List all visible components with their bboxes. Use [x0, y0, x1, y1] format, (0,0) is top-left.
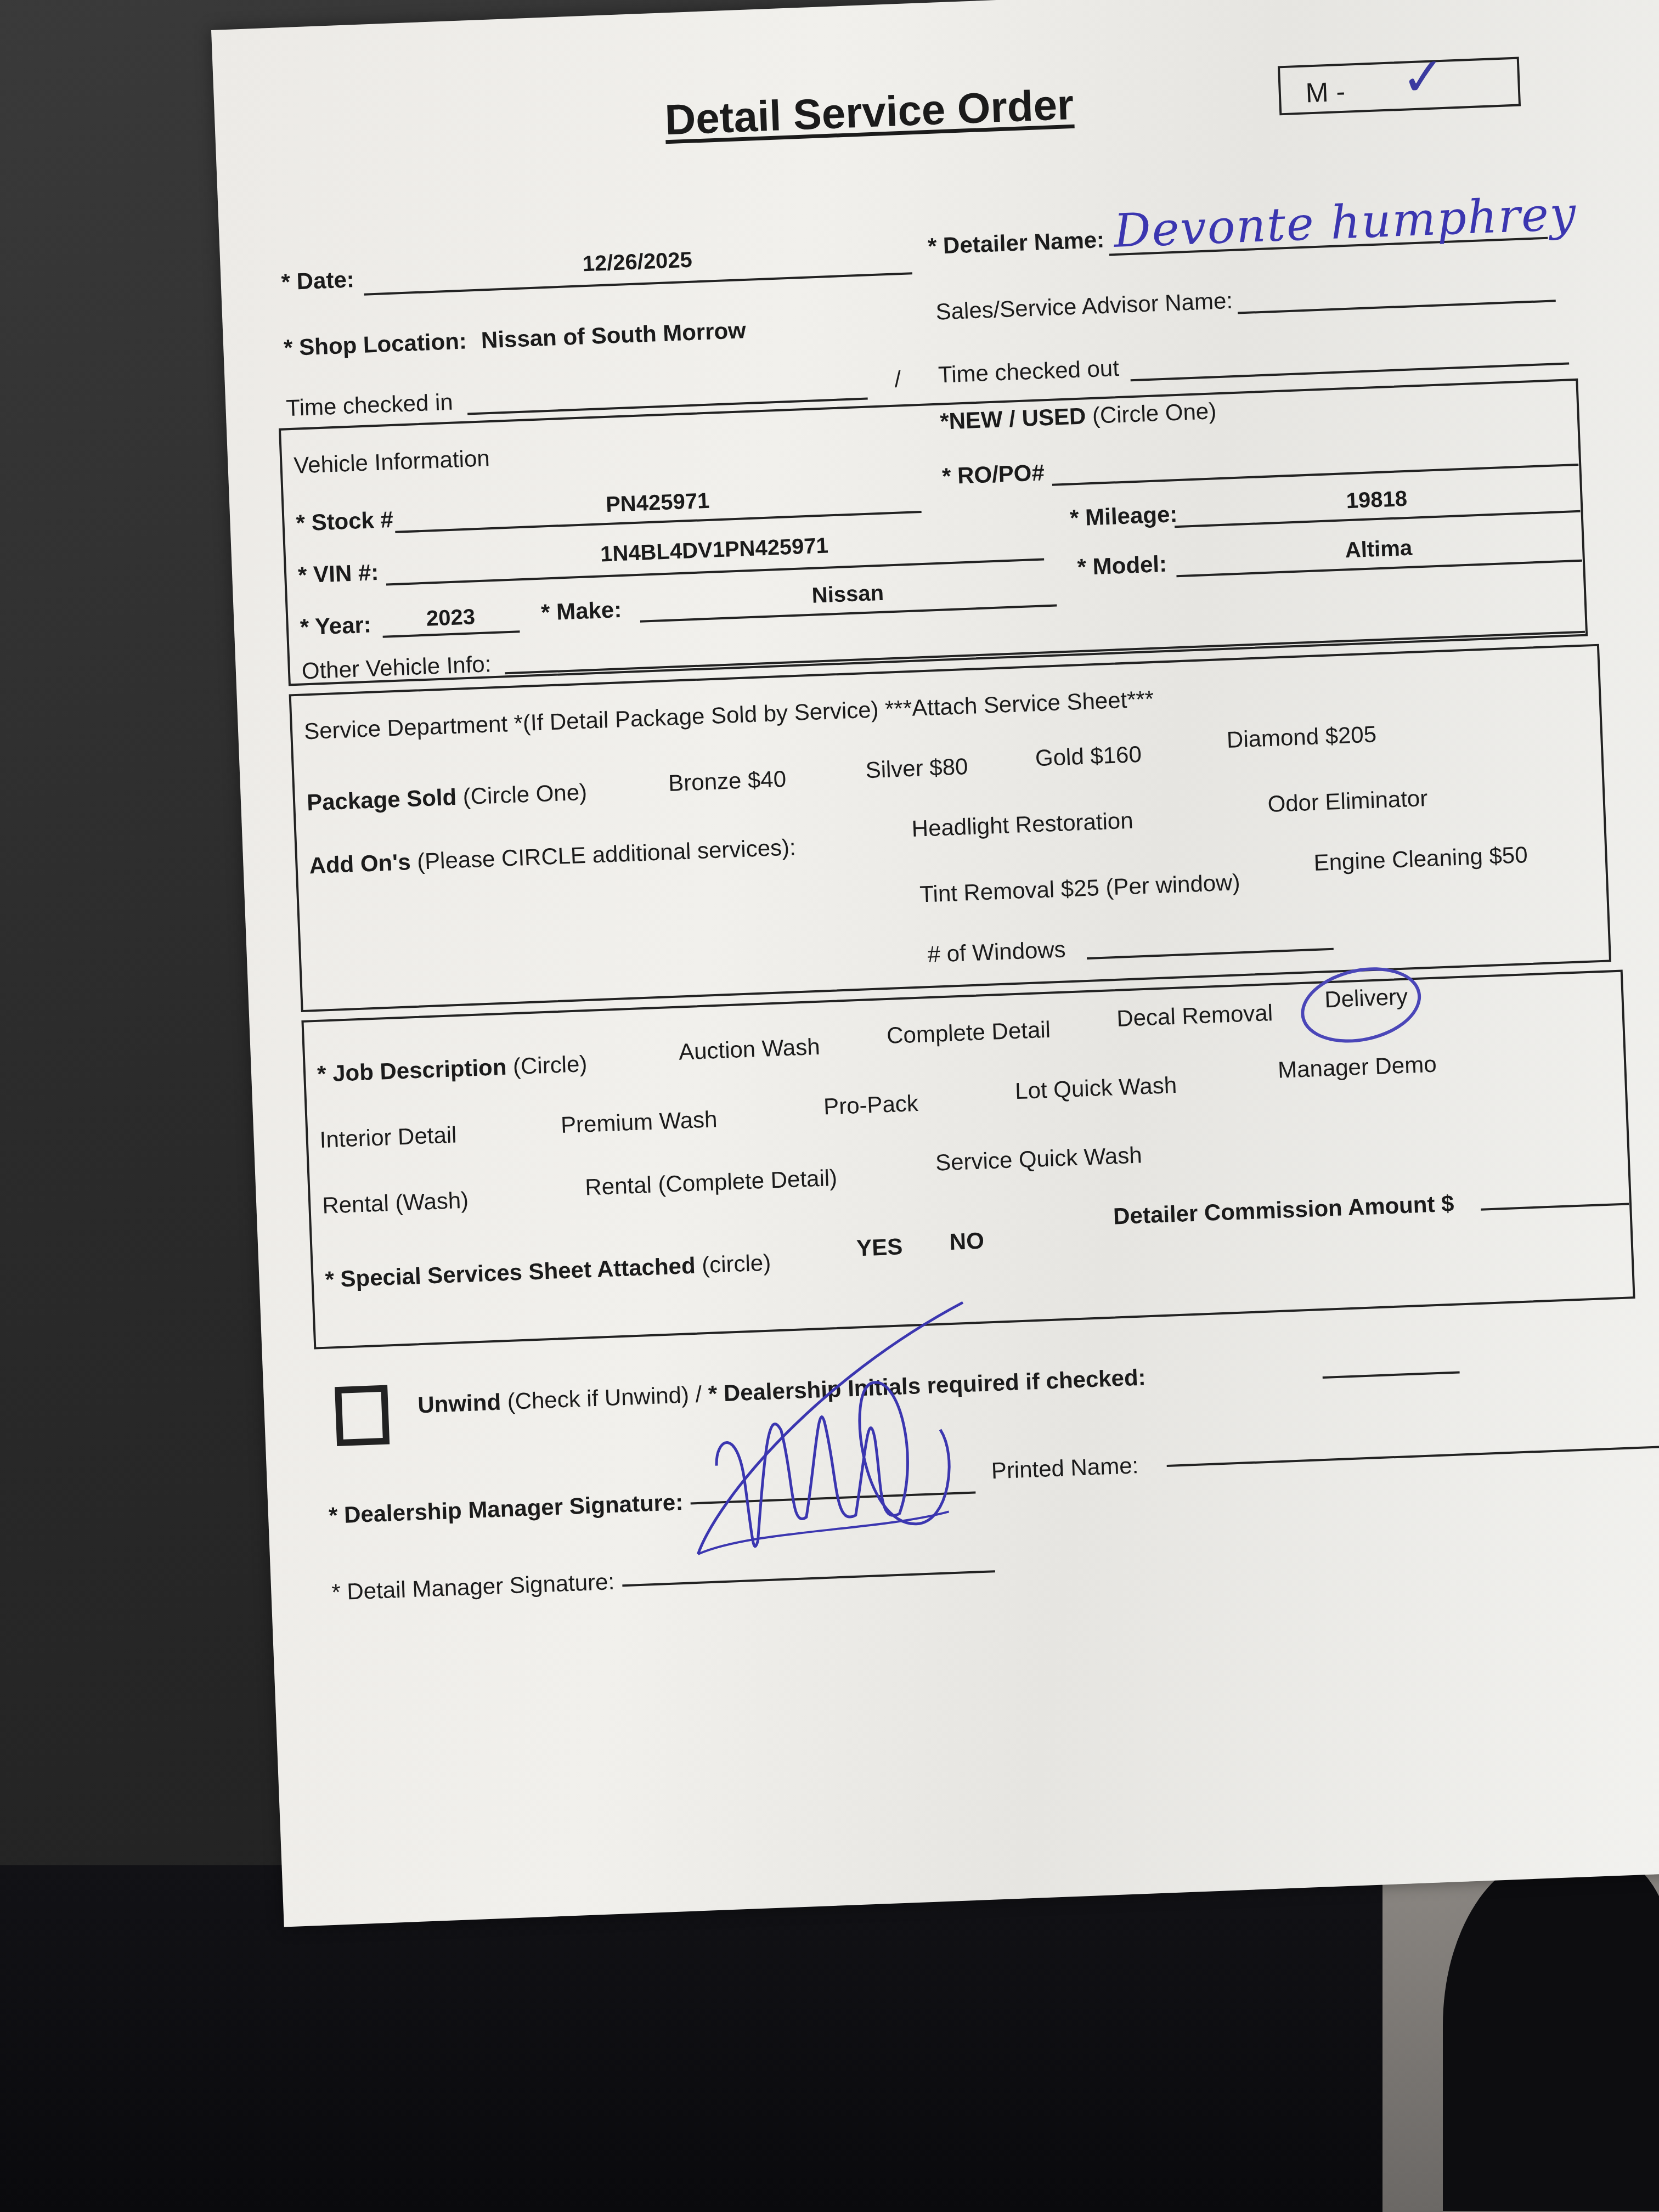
year-label: * Year: — [300, 612, 372, 641]
advisor-name-field[interactable] — [1237, 275, 1555, 287]
time-separator: / — [894, 366, 901, 392]
vin-label: * VIN #: — [297, 559, 379, 589]
new-used-options[interactable]: *NEW / USED — [939, 403, 1086, 434]
time-in-field[interactable] — [466, 373, 866, 388]
service-order-paper: Detail Service Order M - ✓ * Date: 12/26… — [211, 0, 1659, 1927]
windows-count-label: # of Windows — [927, 936, 1066, 968]
package-silver[interactable]: Silver $80 — [865, 753, 968, 783]
dealership-manager-signature-label: * Dealership Manager Signature: — [328, 1489, 684, 1529]
form-title: Detail Service Order — [664, 80, 1075, 145]
special-services-yes[interactable]: YES — [856, 1233, 903, 1261]
date-field[interactable]: 12/26/2025 — [363, 239, 912, 285]
addons-title: Add On's — [309, 849, 411, 878]
unwind-hint: (Check if Unwind) / — [507, 1381, 702, 1415]
make-label: * Make: — [540, 596, 622, 626]
m-label: M - — [1305, 76, 1346, 109]
date-label: * Date: — [281, 266, 355, 295]
ro-po-label: * RO/PO# — [941, 459, 1045, 489]
detailer-name-label: * Detailer Name: — [927, 227, 1105, 259]
unwind-checkbox[interactable] — [335, 1385, 390, 1446]
model-label: * Model: — [1077, 551, 1167, 580]
unwind-title: Unwind — [417, 1389, 501, 1418]
m-box[interactable]: M - ✓ — [1278, 57, 1521, 116]
time-in-label: Time checked in — [286, 389, 454, 422]
time-out-field[interactable] — [1130, 337, 1568, 354]
package-gold[interactable]: Gold $160 — [1035, 741, 1142, 771]
dealership-initials-field[interactable] — [1322, 1346, 1459, 1352]
printed-name-field[interactable] — [1166, 1417, 1659, 1437]
mileage-label: * Mileage: — [1069, 501, 1178, 531]
advisor-name-label: Sales/Service Advisor Name: — [935, 287, 1233, 325]
job-description-hint: (Circle) — [512, 1051, 588, 1079]
new-used-hint: (Circle One) — [1092, 398, 1217, 428]
package-bronze[interactable]: Bronze $40 — [668, 766, 787, 797]
special-services-hint: (circle) — [701, 1250, 771, 1278]
shop-location-value[interactable]: Nissan of South Morrow — [481, 317, 746, 354]
job-auction-wash[interactable]: Auction Wash — [678, 1034, 820, 1065]
special-services-no[interactable]: NO — [949, 1228, 985, 1255]
job-interior-detail[interactable]: Interior Detail — [319, 1121, 457, 1153]
detail-manager-signature-label: * Detail Manager Signature: — [331, 1568, 615, 1606]
time-out-label: Time checked out — [938, 355, 1120, 388]
detailer-name-field[interactable]: Devonte humphrey — [1113, 187, 1578, 258]
year-field[interactable]: 2023 — [382, 603, 520, 633]
stock-label: * Stock # — [296, 506, 394, 537]
job-pro-pack[interactable]: Pro-Pack — [823, 1090, 918, 1120]
package-sold-hint: (Circle One) — [462, 779, 588, 810]
checkmark-icon: ✓ — [1400, 46, 1447, 109]
printed-name-label: Printed Name: — [991, 1452, 1139, 1484]
shop-location-label: * Shop Location: — [283, 328, 467, 362]
job-rental-wash[interactable]: Rental (Wash) — [321, 1187, 469, 1219]
shoe-shadow — [1443, 1854, 1659, 2211]
dealership-manager-signature[interactable] — [678, 1290, 1018, 1588]
package-sold-title: Package Sold — [306, 784, 457, 815]
